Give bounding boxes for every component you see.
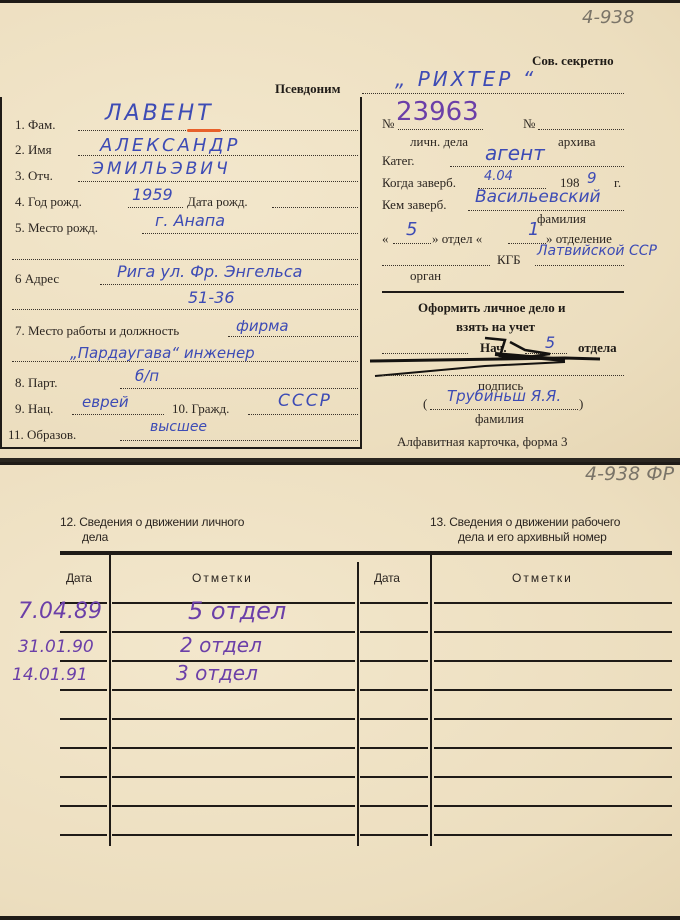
workplace-line — [228, 336, 358, 337]
department-value: 5 — [406, 219, 417, 240]
signatory-line — [430, 409, 578, 410]
instruction-line2: взять на учет — [456, 319, 535, 335]
nationality-value: еврей — [82, 393, 129, 411]
organ-caption: орган — [410, 268, 441, 284]
personal-file-no-prefix: № — [382, 116, 394, 132]
table-row-line — [434, 834, 672, 836]
workplace-value-line2: „Пардаугава“ инженер — [70, 344, 255, 362]
col13-notes-header: Отметки — [512, 571, 573, 585]
form-frame-left — [0, 97, 2, 447]
birth-place-label: 5. Место рожд. — [15, 220, 98, 236]
form-frame-divider — [360, 97, 362, 447]
table-row-line — [112, 776, 355, 778]
recruited-when-day: 4.04 — [484, 169, 513, 184]
table-row-line — [360, 602, 428, 604]
row12-1-note: 5 отдел — [188, 597, 286, 625]
birth-year-value: 1959 — [132, 185, 173, 204]
recruited-by-label: Кем заверб. — [382, 197, 447, 213]
table-row-line — [60, 689, 107, 691]
first-name-value: АЛЕКСАНДР — [100, 135, 240, 156]
table-row-line — [434, 602, 672, 604]
col13-date-header: Дата — [374, 571, 400, 585]
address-line — [100, 284, 358, 285]
col-divider-2 — [357, 562, 359, 846]
signatory-open: ( — [423, 396, 427, 412]
section12-title-line2: дела — [82, 530, 108, 544]
education-label: 11. Образов. — [8, 427, 76, 443]
department-line — [393, 243, 431, 244]
table-row-line — [360, 805, 428, 807]
table-row-line — [434, 718, 672, 720]
surname-value: ЛАВЕНТ — [105, 101, 214, 126]
address-label: 6 Адрес — [15, 271, 59, 287]
row12-2-note: 2 отдел — [180, 633, 262, 657]
signatory-caption: фамилия — [475, 411, 524, 427]
workplace-value-line1: фирма — [236, 317, 289, 335]
birth-date-label: Дата рожд. — [187, 194, 248, 210]
birth-year-line — [128, 207, 183, 208]
party-line — [120, 388, 358, 389]
section13-title-line1: 13. Сведения о движении рабочего — [430, 515, 620, 529]
recruited-by-caption: фамилия — [537, 211, 586, 227]
signature-line — [382, 375, 624, 376]
birth-place-line — [142, 233, 358, 234]
instruction-line1: Оформить личное дело и — [418, 300, 566, 316]
table-row-line — [60, 805, 107, 807]
table-row-line — [360, 660, 428, 662]
pseudonym-label: Псевдоним — [275, 81, 340, 97]
signatory-value: Трубиньш Я.Я. — [447, 387, 561, 405]
section12-title-line1: 12. Сведения о движении личного — [60, 515, 244, 529]
col12-notes-header: Отметки — [192, 571, 253, 585]
table-row-line — [112, 834, 355, 836]
col-divider-1 — [109, 555, 111, 846]
category-line — [450, 166, 624, 167]
col12-date-header: Дата — [66, 571, 92, 585]
citizenship-line — [248, 414, 358, 415]
table-row-line — [60, 660, 107, 662]
table-row-line — [434, 776, 672, 778]
citizenship-label: 10. Гражд. — [172, 401, 229, 417]
table-row-line — [434, 631, 672, 633]
table-row-line — [434, 660, 672, 662]
table-row-line — [60, 718, 107, 720]
department-open: « — [382, 231, 389, 247]
birth-year-label: 4. Год рожд. — [15, 194, 82, 210]
birth-place-value: г. Анапа — [155, 211, 225, 230]
kgb-line — [535, 265, 624, 266]
table-row-line — [360, 689, 428, 691]
table-row-line — [60, 834, 107, 836]
row12-3-date: 14.01.91 — [12, 665, 88, 685]
kgb-value: Латвийской ССР — [537, 243, 657, 259]
patronymic-line — [78, 181, 358, 182]
party-value: б/п — [135, 367, 159, 385]
table-row-line — [112, 718, 355, 720]
table-row-line — [112, 689, 355, 691]
category-label: Катег. — [382, 153, 415, 169]
panel-divider — [382, 291, 624, 293]
table-row-line — [434, 805, 672, 807]
address-line-2 — [12, 309, 358, 310]
table-row-line — [434, 747, 672, 749]
back-archive-number: 4-938 ФР — [585, 463, 674, 485]
section13-title-line2: дела и его архивный номер — [458, 530, 607, 544]
table-row-line — [360, 834, 428, 836]
birth-place-line-2 — [12, 259, 358, 260]
recruited-when-label: Когда заверб. — [382, 175, 456, 191]
table-row-line — [60, 747, 107, 749]
party-label: 8. Парт. — [15, 375, 57, 391]
table-row-line — [112, 747, 355, 749]
patronymic-value: ЭМИЛЬЭВИЧ — [92, 159, 231, 179]
col-divider-3 — [430, 555, 432, 846]
table-row-line — [360, 747, 428, 749]
pseudonym-line — [362, 93, 624, 94]
recruited-year-suffix: 9 — [587, 169, 597, 187]
archive-caption: архива — [558, 134, 595, 150]
personal-file-caption: личн. дела — [410, 134, 468, 150]
row12-2-date: 31.01.90 — [18, 637, 94, 657]
table-top-rule — [60, 551, 672, 555]
nationality-line — [72, 414, 164, 415]
red-pencil-mark — [187, 129, 221, 132]
department-label: » отдел « — [432, 231, 482, 247]
organ-line — [382, 265, 490, 266]
nationality-label: 9. Нац. — [15, 401, 53, 417]
row12-3-note: 3 отдел — [176, 661, 258, 685]
education-line — [120, 440, 358, 441]
form-frame-bottom — [0, 447, 362, 449]
table-row-line — [60, 776, 107, 778]
archive-no-prefix: № — [523, 116, 535, 132]
table-row-line — [112, 805, 355, 807]
recruited-by-value: Васильевский — [475, 187, 601, 207]
recruited-year-unit: г. — [614, 175, 621, 191]
card-back: 4-938 ФР 12. Сведения о движении личного… — [0, 462, 680, 920]
kgb-label: КГБ — [497, 252, 521, 268]
table-row-line — [60, 631, 107, 633]
form-caption: Алфавитная карточка, форма 3 — [397, 434, 568, 450]
table-row-line — [360, 631, 428, 633]
citizenship-value: СССР — [278, 391, 332, 411]
archive-no-line — [538, 129, 624, 130]
birth-date-line — [272, 207, 358, 208]
address-value-line2: 51-36 — [188, 288, 235, 307]
education-value: высшее — [150, 419, 207, 435]
row12-1-date: 7.04.89 — [18, 599, 102, 624]
surname-label: 1. Фам. — [15, 117, 56, 133]
address-value-line1: Рига ул. Фр. Энгельса — [117, 262, 302, 281]
first-name-label: 2. Имя — [15, 142, 52, 158]
table-row-line — [360, 718, 428, 720]
category-value: агент — [485, 141, 545, 165]
personal-file-line — [398, 129, 483, 130]
patronymic-label: 3. Отч. — [15, 168, 53, 184]
table-row-line — [434, 689, 672, 691]
section-value: 1 — [528, 219, 539, 240]
card-front: 4-938 Сов. секретно Псевдоним „ РИХТЕР “… — [0, 0, 680, 458]
signatory-close: ) — [579, 396, 583, 412]
workplace-label: 7. Место работы и должность — [15, 323, 179, 339]
classification-stamp: Сов. секретно — [532, 53, 614, 69]
archive-number: 4-938 — [582, 7, 634, 28]
pseudonym-value: „ РИХТЕР “ — [395, 67, 536, 91]
personal-file-number: 23963 — [396, 97, 479, 127]
table-row-line — [360, 776, 428, 778]
